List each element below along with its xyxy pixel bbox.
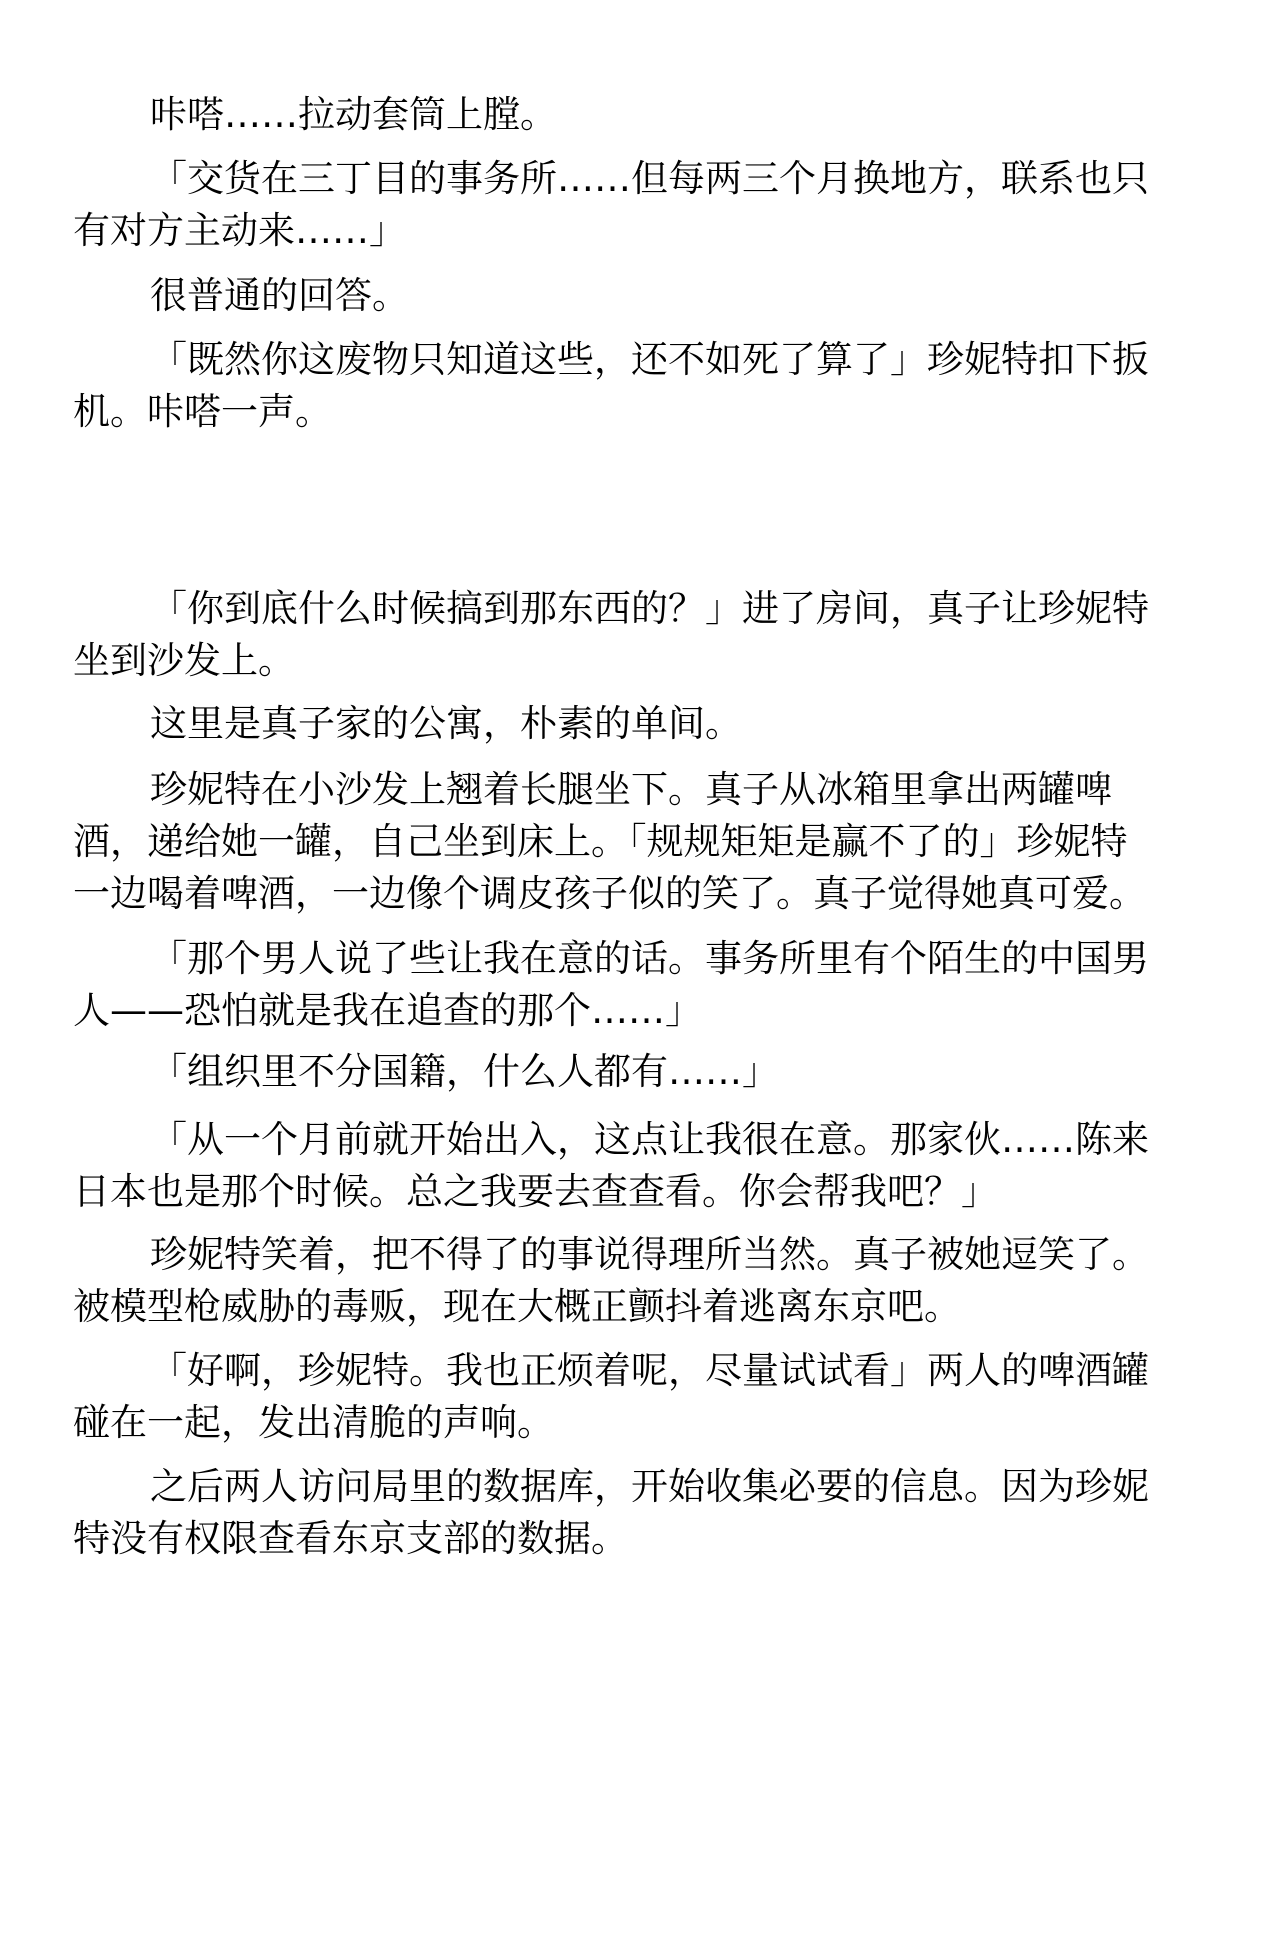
text-line: 这里是真子家的公寓，朴素的单间。 — [73, 698, 1223, 750]
document-page: 咔嗒……拉动套筒上膛。 「交货在三丁目的事务所……但每两三个月换地方，联系也只 … — [0, 0, 1280, 1942]
paragraph: 「从一个月前就开始出入，这点让我很在意。那家伙……陈来 日本也是那个时候。总之我… — [73, 1114, 1223, 1218]
text-line: 碰在一起，发出清脆的声响。 — [73, 1397, 1223, 1449]
text-line: 坐到沙发上。 — [73, 635, 1223, 687]
paragraph: 这里是真子家的公寓，朴素的单间。 — [73, 698, 1223, 750]
text-line: 很普通的回答。 — [73, 270, 1223, 322]
paragraph: 「那个男人说了些让我在意的话。事务所里有个陌生的中国男 人——恐怕就是我在追查的… — [73, 933, 1223, 1037]
text-line: 咔嗒……拉动套筒上膛。 — [73, 89, 1223, 141]
text-line: 酒，递给她一罐，自己坐到床上。「规规矩矩是赢不了的」珍妮特 — [73, 816, 1223, 868]
text-line: 「既然你这废物只知道这些，还不如死了算了」珍妮特扣下扳 — [73, 334, 1223, 386]
text-line: 有对方主动来……」 — [73, 205, 1223, 257]
text-line: 被模型枪威胁的毒贩，现在大概正颤抖着逃离东京吧。 — [73, 1281, 1223, 1333]
text-line: 之后两人访问局里的数据库，开始收集必要的信息。因为珍妮 — [73, 1461, 1223, 1513]
text-line: 珍妮特在小沙发上翘着长腿坐下。真子从冰箱里拿出两罐啤 — [73, 764, 1223, 816]
text-line: 人——恐怕就是我在追查的那个……」 — [73, 985, 1223, 1037]
text-line: 「好啊，珍妮特。我也正烦着呢，尽量试试看」两人的啤酒罐 — [73, 1345, 1223, 1397]
text-line: 「交货在三丁目的事务所……但每两三个月换地方，联系也只 — [73, 153, 1223, 205]
paragraph: 「既然你这废物只知道这些，还不如死了算了」珍妮特扣下扳 机。咔嗒一声。 — [73, 334, 1223, 438]
text-line: 日本也是那个时候。总之我要去查查看。你会帮我吧？」 — [73, 1166, 1223, 1218]
text-line: 「你到底什么时候搞到那东西的？」进了房间，真子让珍妮特 — [73, 583, 1223, 635]
paragraph: 「组织里不分国籍，什么人都有……」 — [73, 1046, 1223, 1098]
paragraph: 「交货在三丁目的事务所……但每两三个月换地方，联系也只 有对方主动来……」 — [73, 153, 1223, 257]
paragraph: 「好啊，珍妮特。我也正烦着呢，尽量试试看」两人的啤酒罐 碰在一起，发出清脆的声响… — [73, 1345, 1223, 1449]
paragraph: 「你到底什么时候搞到那东西的？」进了房间，真子让珍妮特 坐到沙发上。 — [73, 583, 1223, 687]
text-line: 机。咔嗒一声。 — [73, 386, 1223, 438]
text-line: 一边喝着啤酒，一边像个调皮孩子似的笑了。真子觉得她真可爱。 — [73, 868, 1223, 920]
text-line: 「那个男人说了些让我在意的话。事务所里有个陌生的中国男 — [73, 933, 1223, 985]
paragraph: 咔嗒……拉动套筒上膛。 — [73, 89, 1223, 141]
text-line: 特没有权限查看东京支部的数据。 — [73, 1513, 1223, 1565]
text-line: 珍妮特笑着，把不得了的事说得理所当然。真子被她逗笑了。 — [73, 1229, 1223, 1281]
paragraph: 珍妮特在小沙发上翘着长腿坐下。真子从冰箱里拿出两罐啤 酒，递给她一罐，自己坐到床… — [73, 764, 1223, 920]
paragraph: 很普通的回答。 — [73, 270, 1223, 322]
paragraph: 之后两人访问局里的数据库，开始收集必要的信息。因为珍妮 特没有权限查看东京支部的… — [73, 1461, 1223, 1565]
paragraph: 珍妮特笑着，把不得了的事说得理所当然。真子被她逗笑了。 被模型枪威胁的毒贩，现在… — [73, 1229, 1223, 1333]
text-line: 「从一个月前就开始出入，这点让我很在意。那家伙……陈来 — [73, 1114, 1223, 1166]
text-line: 「组织里不分国籍，什么人都有……」 — [73, 1046, 1223, 1098]
